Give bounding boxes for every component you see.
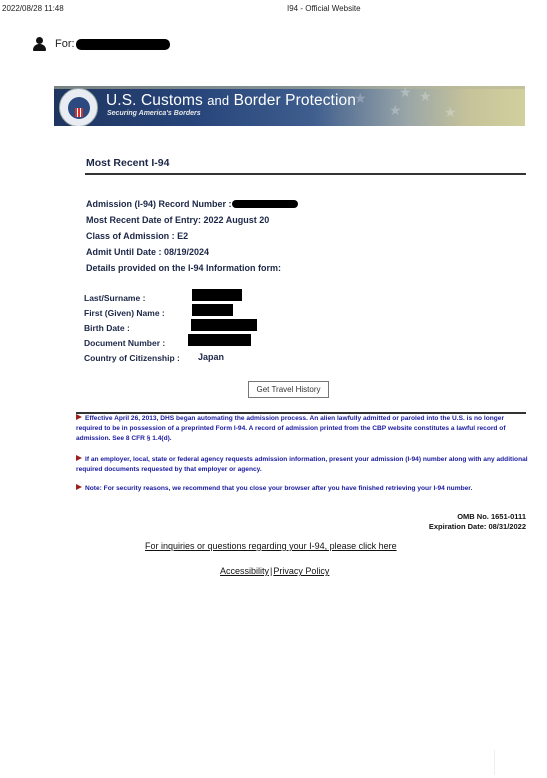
document-number-redacted bbox=[188, 334, 251, 346]
accessibility-link[interactable]: Accessibility bbox=[220, 566, 269, 576]
user-row: For: bbox=[33, 37, 170, 51]
record-number-row: Admission (I-94) Record Number : bbox=[86, 199, 298, 209]
agency-name: U.S. Customs and Border Protection bbox=[106, 92, 356, 110]
citizenship-label: Country of Citizenship : bbox=[84, 353, 180, 363]
get-travel-history-button[interactable]: Get Travel History bbox=[248, 381, 329, 398]
for-label: For: bbox=[55, 38, 75, 50]
footer-separator: | bbox=[270, 566, 272, 576]
notice-employer: If an employer, local, state or federal … bbox=[76, 455, 528, 475]
last-name-label: Last/Surname : bbox=[84, 293, 145, 303]
entry-date: Most Recent Date of Entry: 2022 August 2… bbox=[86, 215, 269, 225]
omb-expiration: Expiration Date: 08/31/2022 bbox=[429, 522, 526, 531]
document-number-label: Document Number : bbox=[84, 338, 165, 348]
privacy-policy-link[interactable]: Privacy Policy bbox=[273, 566, 329, 576]
arrow-right-icon bbox=[76, 484, 82, 490]
birth-date-redacted bbox=[191, 319, 257, 331]
details-heading: Details provided on the I-94 Information… bbox=[86, 263, 281, 273]
print-datetime: 2022/08/28 11:48 bbox=[2, 4, 64, 13]
inquiries-link[interactable]: For inquiries or questions regarding you… bbox=[145, 541, 397, 551]
notice-automation: Effective April 26, 2013, DHS began auto… bbox=[76, 414, 528, 444]
first-name-label: First (Given) Name : bbox=[84, 308, 165, 318]
agency-tagline: Securing America's Borders bbox=[107, 110, 201, 117]
section-title: Most Recent I-94 bbox=[86, 157, 169, 169]
citizenship-value: Japan bbox=[198, 352, 224, 362]
cbp-seal-icon bbox=[59, 88, 98, 126]
print-page-title: I94 - Official Website bbox=[287, 4, 361, 13]
last-name-redacted bbox=[192, 289, 242, 301]
footer-links: Accessibility|Privacy Policy bbox=[220, 566, 329, 576]
omb-number: OMB No. 1651-0111 bbox=[457, 512, 526, 521]
user-icon bbox=[33, 37, 46, 51]
admit-until-date: Admit Until Date : 08/19/2024 bbox=[86, 247, 209, 257]
first-name-redacted bbox=[192, 304, 233, 316]
artifact-line bbox=[494, 750, 495, 775]
birth-date-label: Birth Date : bbox=[84, 323, 130, 333]
notice-security: Note: For security reasons, we recommend… bbox=[76, 484, 528, 494]
record-number-redacted bbox=[232, 200, 298, 208]
section-divider bbox=[85, 173, 526, 175]
class-of-admission: Class of Admission : E2 bbox=[86, 231, 188, 241]
cbp-banner: ★ ★ ★ ★ ★ U.S. Customs and Border Protec… bbox=[54, 86, 525, 126]
arrow-right-icon bbox=[76, 414, 82, 420]
user-name-redacted bbox=[76, 39, 170, 50]
arrow-right-icon bbox=[76, 455, 82, 461]
